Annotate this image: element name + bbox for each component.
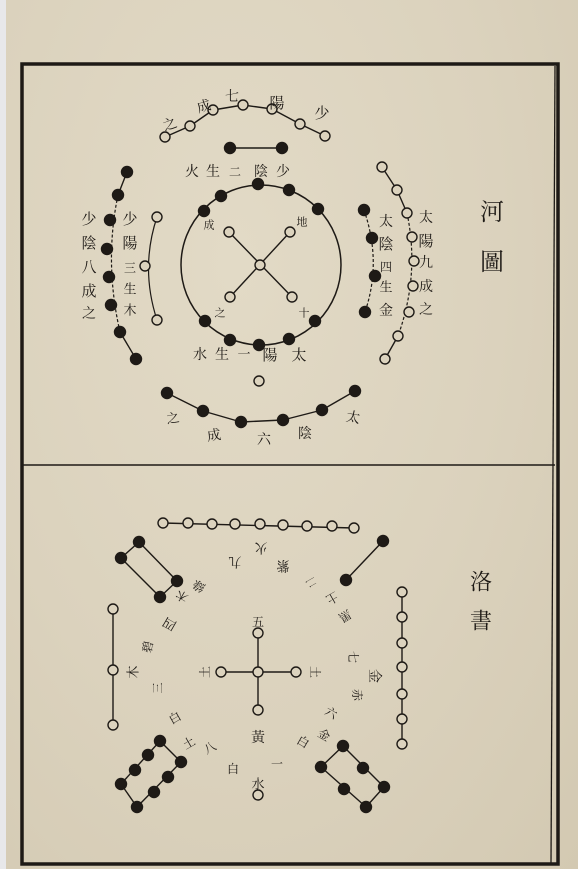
hetu-label: 太 xyxy=(379,213,393,230)
yin-dot xyxy=(155,736,166,747)
yin-dot xyxy=(278,415,289,426)
yang-dot xyxy=(397,662,407,672)
yang-dot xyxy=(108,665,118,675)
yang-dot xyxy=(302,521,312,531)
hetu-label: 陽 xyxy=(269,94,284,112)
yin-dot xyxy=(225,143,236,154)
yin-dot xyxy=(155,592,166,603)
yang-dot xyxy=(349,523,359,533)
yang-dot xyxy=(238,100,248,110)
yin-dot xyxy=(130,765,141,776)
hetu-label: 木 xyxy=(123,303,136,319)
hetu-label: 陰 xyxy=(378,235,393,253)
yin-dot xyxy=(284,185,295,196)
yang-dot xyxy=(408,281,418,291)
luoshu-connector-line xyxy=(121,741,160,784)
luoshu-label: 白 xyxy=(227,762,239,776)
luoshu-label: 四 xyxy=(161,613,180,632)
hetu-label: 成 xyxy=(81,282,96,300)
yin-dot xyxy=(113,190,124,201)
yin-dot xyxy=(216,191,227,202)
luoshu-label: 土 xyxy=(308,666,323,678)
yin-dot xyxy=(104,272,115,283)
yang-dot xyxy=(225,292,235,302)
luoshu-label: 紫 xyxy=(276,558,289,574)
hetu-label: 成 xyxy=(206,426,222,445)
yang-dot xyxy=(397,714,407,724)
yang-dot xyxy=(397,587,407,597)
yin-dot xyxy=(367,233,378,244)
luoshu-connector-line xyxy=(139,542,177,581)
yang-dot xyxy=(397,689,407,699)
luoshu-label: 金 xyxy=(366,669,382,683)
hetu-label: 太 xyxy=(291,346,306,364)
luoshu-label: 八 xyxy=(201,739,218,757)
yang-dot xyxy=(320,131,330,141)
hetu-label: 成 xyxy=(204,218,215,232)
yin-dot xyxy=(200,316,211,327)
hetu-label: 太 xyxy=(345,408,362,427)
yang-dot xyxy=(377,162,387,172)
hetu-label: 少 xyxy=(276,164,290,180)
yin-dot xyxy=(115,327,126,338)
yang-dot xyxy=(183,518,193,528)
hetu-label: 一 xyxy=(237,348,250,363)
luoshu-label: 五 xyxy=(252,615,264,629)
yin-dot xyxy=(143,750,154,761)
luoshu-label: 黃 xyxy=(251,730,266,746)
hetu-label: 之 xyxy=(82,306,96,322)
luoshu-label: 木 xyxy=(173,587,191,606)
yang-dot xyxy=(255,260,265,270)
luoshu-label: 七 xyxy=(346,651,361,663)
luoshu-label: 二 xyxy=(303,574,319,591)
yang-dot xyxy=(392,185,402,195)
luoshu-label: 白 xyxy=(294,733,311,751)
yin-dot xyxy=(199,206,210,217)
luoshu-connector-line xyxy=(346,541,383,580)
yin-dot xyxy=(131,354,142,365)
yin-dot xyxy=(225,335,236,346)
hetu-label: 二 xyxy=(229,165,241,179)
hetu-label: 陰 xyxy=(254,164,268,180)
hetu-label: 成 xyxy=(195,96,213,116)
yin-dot xyxy=(172,576,183,587)
yin-dot xyxy=(162,388,173,399)
hetu-label: 少 xyxy=(81,210,96,228)
yang-dot xyxy=(158,518,168,528)
yang-dot xyxy=(152,315,162,325)
luoshu-label: 火 xyxy=(254,540,267,556)
hetu-label: 六 xyxy=(257,432,272,448)
yang-dot xyxy=(404,307,414,317)
yang-dot xyxy=(216,667,226,677)
yang-dot xyxy=(185,121,195,131)
hetu-title: 河 xyxy=(480,198,504,226)
yang-dot xyxy=(397,638,407,648)
yang-dot xyxy=(224,227,234,237)
hetu-title: 圖 xyxy=(480,248,504,276)
hetu-label: 三 xyxy=(124,261,136,275)
hetu-label: 生 xyxy=(215,346,229,363)
yin-dot xyxy=(378,536,389,547)
hetu-label: 陰 xyxy=(298,426,312,442)
hetu-label: 陽 xyxy=(122,234,137,252)
yin-dot xyxy=(277,143,288,154)
yin-dot xyxy=(132,802,143,813)
yang-dot xyxy=(397,612,407,622)
hetu-label: 之 xyxy=(419,302,433,318)
yin-dot xyxy=(310,316,321,327)
luoshu-title: 書 xyxy=(470,610,492,635)
yang-dot xyxy=(287,292,297,302)
yin-dot xyxy=(350,386,361,397)
hetu-label: 成 xyxy=(419,278,433,295)
luoshu-label: 水 xyxy=(251,777,264,793)
yang-dot xyxy=(254,376,264,386)
hetu-label: 生 xyxy=(206,163,220,180)
luoshu-connector-line xyxy=(137,762,181,807)
luoshu-label: 白 xyxy=(166,709,183,727)
yin-dot xyxy=(236,417,247,428)
yang-dot xyxy=(253,667,263,677)
yang-dot xyxy=(108,720,118,730)
hetu-luoshu-diagram: 少陽七成之少陰二生火成地之十太陽一生水太陰六成之少陰八成之少陽三生木太陽九成之太… xyxy=(0,0,578,869)
yang-dot xyxy=(140,261,150,271)
yin-dot xyxy=(317,405,328,416)
yang-dot xyxy=(295,119,305,129)
yin-dot xyxy=(316,762,327,773)
yang-dot xyxy=(397,739,407,749)
yin-dot xyxy=(116,779,127,790)
luoshu-label: 金 xyxy=(315,725,333,744)
hetu-label: 四 xyxy=(380,260,392,274)
yin-dot xyxy=(116,553,127,564)
hetu-label: 地 xyxy=(297,215,308,229)
yin-dot xyxy=(134,537,145,548)
yin-dot xyxy=(360,307,371,318)
yin-dot xyxy=(313,204,324,215)
luoshu-label: 土 xyxy=(197,666,212,678)
hetu-label: 火 xyxy=(185,164,199,180)
yang-dot xyxy=(380,354,390,364)
hetu-label: 生 xyxy=(123,282,136,298)
hetu-label: 九 xyxy=(419,255,433,271)
hetu-label: 陽 xyxy=(262,346,277,364)
yang-dot xyxy=(152,212,162,222)
hetu-label: 太 xyxy=(419,209,433,226)
yin-dot xyxy=(361,802,372,813)
yang-dot xyxy=(255,519,265,529)
yang-dot xyxy=(393,331,403,341)
yin-dot xyxy=(253,179,264,190)
yang-dot xyxy=(285,227,295,237)
luoshu-label: 一 xyxy=(271,757,283,771)
yin-dot xyxy=(149,787,160,798)
hetu-label: 七 xyxy=(225,89,239,105)
yin-dot xyxy=(198,406,209,417)
hetu-connector-line xyxy=(241,420,283,422)
hetu-label: 陽 xyxy=(418,232,433,250)
luoshu-figure: 火九紫二土黑木綠四碧木三五土土七金赤黃一白水六金白白土八洛書 xyxy=(108,518,492,813)
yang-dot xyxy=(278,520,288,530)
luoshu-label: 赤 xyxy=(350,689,365,702)
yin-dot xyxy=(358,763,369,774)
luoshu-label: 木 xyxy=(126,665,142,678)
yin-dot xyxy=(176,757,187,768)
yin-dot xyxy=(339,784,350,795)
yang-dot xyxy=(327,521,337,531)
hetu-label: 少 xyxy=(314,104,329,122)
hetu-arc xyxy=(364,210,373,312)
yang-dot xyxy=(402,208,412,218)
yin-dot xyxy=(106,300,117,311)
yang-dot xyxy=(230,519,240,529)
yin-dot xyxy=(163,772,174,783)
yang-dot xyxy=(253,628,263,638)
luoshu-label: 九 xyxy=(228,554,241,570)
hetu-label: 陰 xyxy=(81,234,96,252)
yang-dot xyxy=(207,519,217,529)
hetu-label: 十 xyxy=(299,306,310,320)
luoshu-label: 綠 xyxy=(190,577,207,595)
yang-dot xyxy=(108,604,118,614)
yin-dot xyxy=(284,334,295,345)
hetu-label: 生 xyxy=(379,280,392,296)
yang-dot xyxy=(253,705,263,715)
yin-dot xyxy=(122,167,133,178)
yin-dot xyxy=(105,215,116,226)
hetu-label: 水 xyxy=(193,346,207,363)
yin-dot xyxy=(102,244,113,255)
luoshu-label: 六 xyxy=(322,704,340,723)
hetu-label: 金 xyxy=(379,303,393,319)
luoshu-connector-line xyxy=(121,558,160,597)
yin-dot xyxy=(338,741,349,752)
luoshu-label: 碧 xyxy=(139,640,156,654)
hetu-label: 之 xyxy=(165,410,180,427)
luoshu-label: 三 xyxy=(152,683,165,694)
yang-dot xyxy=(291,667,301,677)
yang-dot xyxy=(409,256,419,266)
luoshu-title: 洛 xyxy=(470,571,492,596)
hetu-label: 之 xyxy=(215,307,226,320)
luoshu-label: 土 xyxy=(180,733,198,752)
hetu-figure: 少陽七成之少陰二生火成地之十太陽一生水太陰六成之少陰八成之少陽三生木太陽九成之太… xyxy=(81,89,504,448)
yin-dot xyxy=(359,205,370,216)
luoshu-label: 土 xyxy=(323,589,341,608)
hetu-label: 八 xyxy=(81,258,96,276)
hetu-label: 少 xyxy=(122,210,137,228)
yin-dot xyxy=(341,575,352,586)
yang-dot xyxy=(407,232,417,242)
yin-dot xyxy=(379,782,390,793)
luoshu-label: 黑 xyxy=(335,607,353,626)
